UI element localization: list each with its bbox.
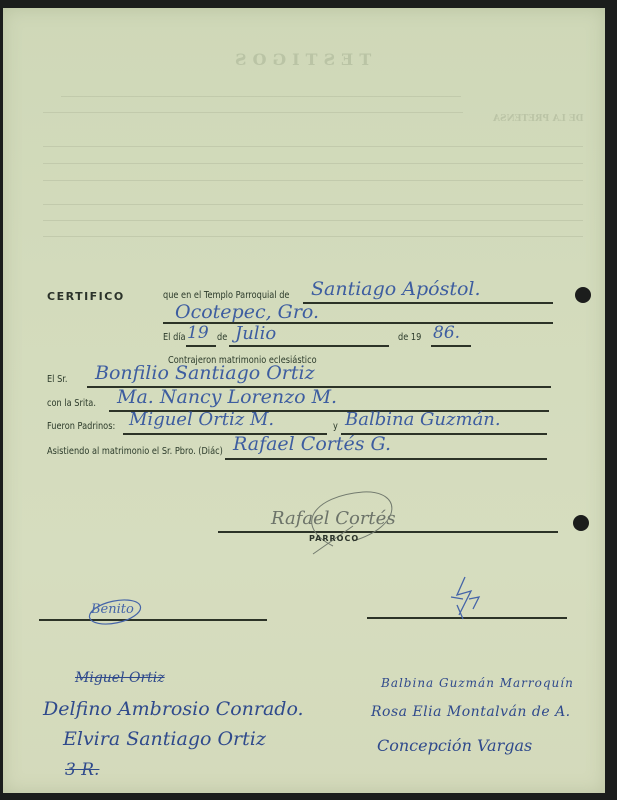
month-value: Julio xyxy=(235,323,276,344)
witness-left-1: Miguel Ortiz xyxy=(75,670,165,686)
certifico-heading: CERTIFICO xyxy=(47,290,125,303)
bride-label: con la Srita. xyxy=(47,398,96,409)
bleed-line xyxy=(43,220,583,221)
bleed-line xyxy=(61,96,461,97)
location-value: Ocotepec, Gro. xyxy=(175,301,319,323)
witness-signature-line-left xyxy=(39,619,267,621)
hole-punch-top xyxy=(575,287,591,303)
day-label: El día xyxy=(163,332,186,343)
bleed-line xyxy=(43,180,583,181)
year-label: de 19 xyxy=(398,332,421,343)
month-line xyxy=(229,345,389,347)
godparent-2-value: Balbina Guzmán. xyxy=(345,409,501,430)
temple-label: que en el Templo Parroquial de xyxy=(163,290,289,301)
bleed-line xyxy=(43,204,583,205)
month-label: de xyxy=(217,332,227,343)
year-value: 86. xyxy=(433,323,460,343)
witness-right-1: Balbina Guzmán Marroquín xyxy=(381,676,574,690)
parroco-signature-flourish xyxy=(253,486,413,556)
witness-right-2: Rosa Elia Montalván de A. xyxy=(371,704,571,720)
day-value: 19 xyxy=(187,323,209,343)
day-line xyxy=(186,345,216,347)
bleed-line xyxy=(43,146,583,147)
priest-label: Asistiendo al matrimonio el Sr. Pbro. (D… xyxy=(47,446,223,457)
witness-signature-left-loop xyxy=(83,596,153,628)
year-line xyxy=(431,345,471,347)
bleed-line xyxy=(43,236,583,237)
bleed-line xyxy=(43,163,583,164)
temple-value: Santiago Apóstol. xyxy=(311,278,481,300)
priest-line xyxy=(225,458,547,460)
priest-value: Rafael Cortés G. xyxy=(233,433,391,455)
certificate-page: TESTIGOS DE LA PRETENSA CERTIFICO que en… xyxy=(3,8,605,793)
godparents-and: y xyxy=(333,421,338,432)
godparent-1-value: Miguel Ortiz M. xyxy=(129,409,274,430)
witness-signature-right xyxy=(443,575,493,621)
witness-right-3: Concepción Vargas xyxy=(377,736,532,755)
witness-left-2: Delfino Ambrosio Conrado. xyxy=(43,698,304,720)
bleed-through-side-label: DE LA PRETENSA xyxy=(493,114,584,124)
hole-punch-bottom xyxy=(573,515,589,531)
groom-value: Bonfilio Santiago Ortiz xyxy=(95,362,315,384)
parroco-label: PARROCO xyxy=(309,534,359,543)
temple-line xyxy=(303,302,553,304)
groom-label: El Sr. xyxy=(47,374,68,385)
witness-left-4: 3 R. xyxy=(65,760,99,780)
witness-left-3: Elvira Santiago Ortiz xyxy=(63,728,266,750)
bleed-through-title: TESTIGOS xyxy=(229,50,371,69)
bride-value: Ma. Nancy Lorenzo M. xyxy=(117,386,337,408)
bleed-line xyxy=(43,112,463,113)
godparents-label: Fueron Padrinos: xyxy=(47,421,115,432)
